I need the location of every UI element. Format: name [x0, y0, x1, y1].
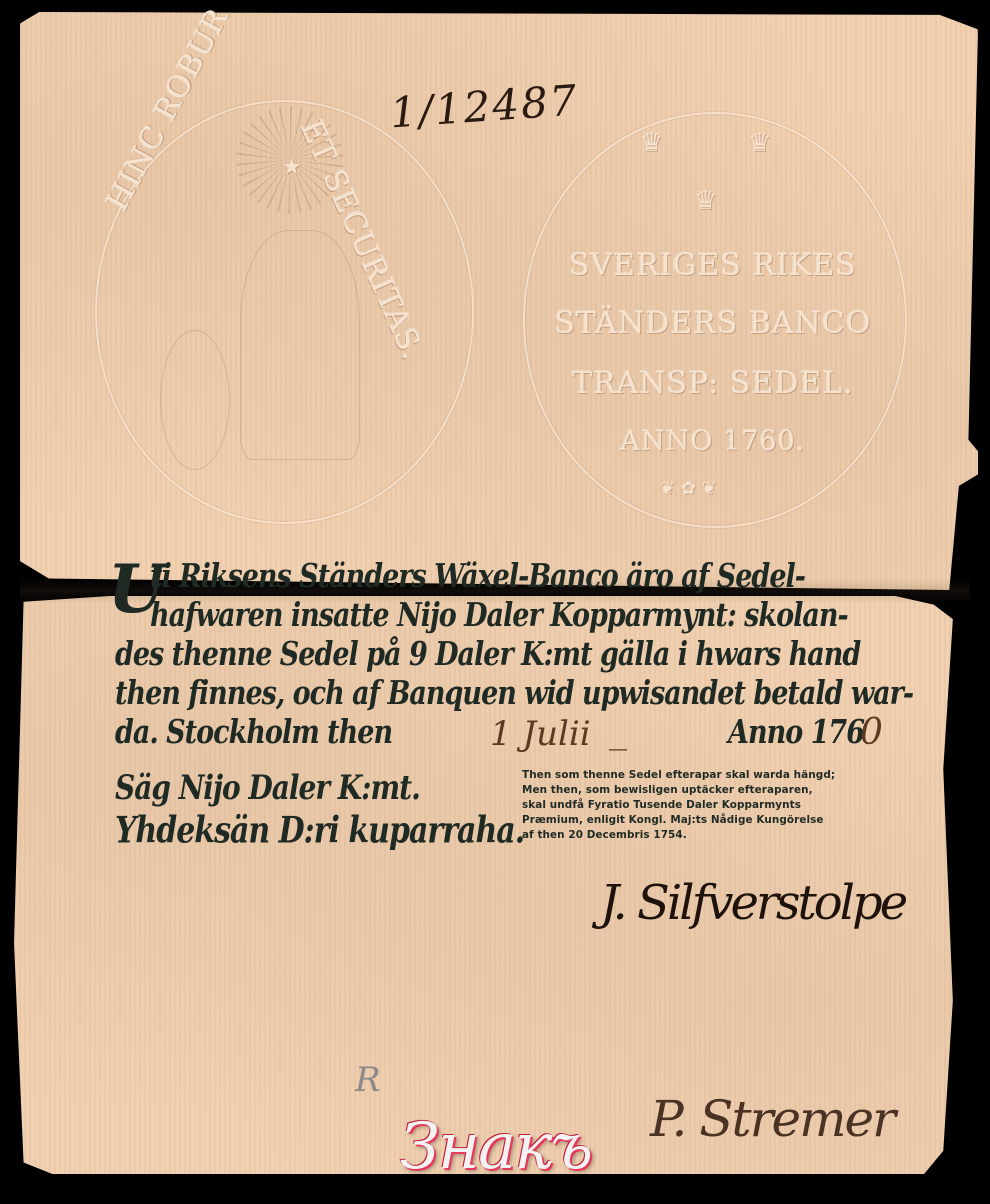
text-line-2: hafwaren insatte Nijo Daler Kopparmynt: … [150, 597, 848, 634]
crown-icon: ♛ [640, 128, 663, 158]
seal-line: TRANSP: SEDEL. [523, 366, 903, 401]
crown-icon: ♛ [748, 128, 771, 158]
text-line-3: des thenne Sedel på 9 Daler K:mt gälla i… [115, 636, 860, 673]
amount-finnish: Yhdeksän D:ri kuparraha. [115, 810, 524, 852]
pencil-mark: R [355, 1060, 381, 1100]
date-dash: — [608, 736, 628, 760]
amount-swedish: Säg Nijo Daler K:mt. [115, 768, 420, 808]
notice-line: Præmium, enligit Kongl. Maj:ts Nådige Ku… [522, 813, 882, 828]
text-line-4: then finnes, och af Banquen wid upwisand… [115, 675, 913, 712]
laurel-icon: ❦ ✿ ❦ [660, 478, 717, 499]
notice-line: af then 20 Decembris 1754. [522, 828, 882, 843]
shield-emboss-icon [160, 330, 230, 470]
anno-handwritten-digit: 0 [860, 712, 883, 753]
anno-printed: Anno 176 [728, 714, 864, 751]
notice-line: Men then, som bewisligen uptäcker eftera… [522, 783, 882, 798]
notice-line: skal undfå Fyratio Tusende Daler Kopparm… [522, 798, 882, 813]
seal-line: SVERIGES RIKES [523, 248, 903, 283]
crown-icon: ♛ [694, 186, 717, 216]
handwritten-date: 1 Julii [490, 714, 591, 754]
signature-first: J. Silfverstolpe [600, 875, 905, 931]
notice-line: Then som thenne Sedel efterapar skal war… [522, 768, 882, 783]
counterfeit-notice: Then som thenne Sedel efterapar skal war… [522, 768, 882, 843]
seal-line: ANNO 1760. [523, 426, 903, 457]
svea-figure-emboss [240, 230, 360, 460]
signature-second: P. Stremer [650, 1090, 894, 1148]
star-icon: ★ [282, 155, 302, 180]
text-line-5: da. Stockholm then [115, 714, 392, 751]
right-seal-text: SVERIGES RIKES STÄNDERS BANCO TRANSP: SE… [523, 248, 903, 468]
watermark-logo: Знакъ [400, 1110, 591, 1184]
seal-line: STÄNDERS BANCO [523, 306, 903, 341]
text-line-1: ti Riksens Ständers Wäxel-Banco äro af S… [150, 558, 805, 595]
